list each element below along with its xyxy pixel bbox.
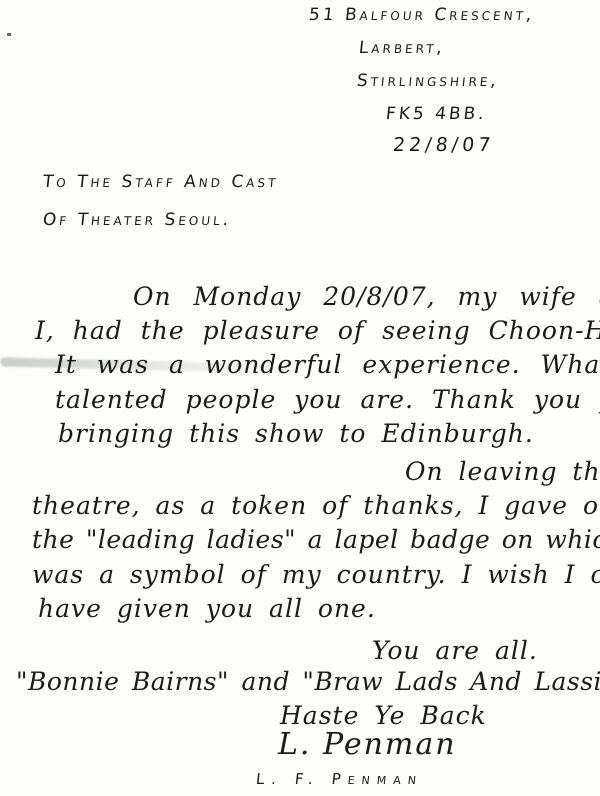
body-line-12: "Bonnie Bairns" and "Braw Lads And Lassi… [16, 669, 600, 694]
address-line-2: Larbert, [358, 40, 446, 57]
scan-speck-artifact [7, 33, 11, 36]
address-line-4: FK5 4BB. [385, 106, 487, 123]
body-line-3: It was a wonderful experience. What [55, 352, 600, 377]
body-line-13: Haste Ye Back [280, 703, 487, 728]
body-line-7: theatre, as a token of thanks, I gave on… [32, 493, 600, 518]
body-line-4: talented people you are. Thank you for [55, 387, 600, 412]
salutation-line-2: Of Theater Seoul. [42, 212, 232, 229]
letter-page: 51 Balfour Crescent, Larbert, Stirlingsh… [0, 0, 600, 796]
address-line-1: 51 Balfour Crescent, [308, 7, 535, 24]
signature: L. Penman [278, 730, 457, 760]
date-line: 22/8/07 [392, 136, 495, 155]
body-line-8: the "leading ladies" a lapel badge on wh… [32, 527, 600, 552]
body-line-11: You are all. [372, 638, 538, 663]
printed-name: L. F. Penman [255, 772, 424, 787]
body-line-2: I, had the pleasure of seeing Choon-Hyan… [35, 318, 600, 343]
body-line-10: have given you all one. [38, 596, 376, 621]
body-line-6: On leaving the [405, 459, 600, 484]
body-line-5: bringing this show to Edinburgh. [58, 421, 534, 446]
body-line-1: On Monday 20/8/07, my wife and [133, 284, 600, 309]
body-line-9: was a symbol of my country. I wish I cou… [32, 562, 600, 587]
address-line-3: Stirlingshire, [356, 73, 500, 90]
salutation-line-1: To The Staff And Cast [42, 174, 279, 191]
